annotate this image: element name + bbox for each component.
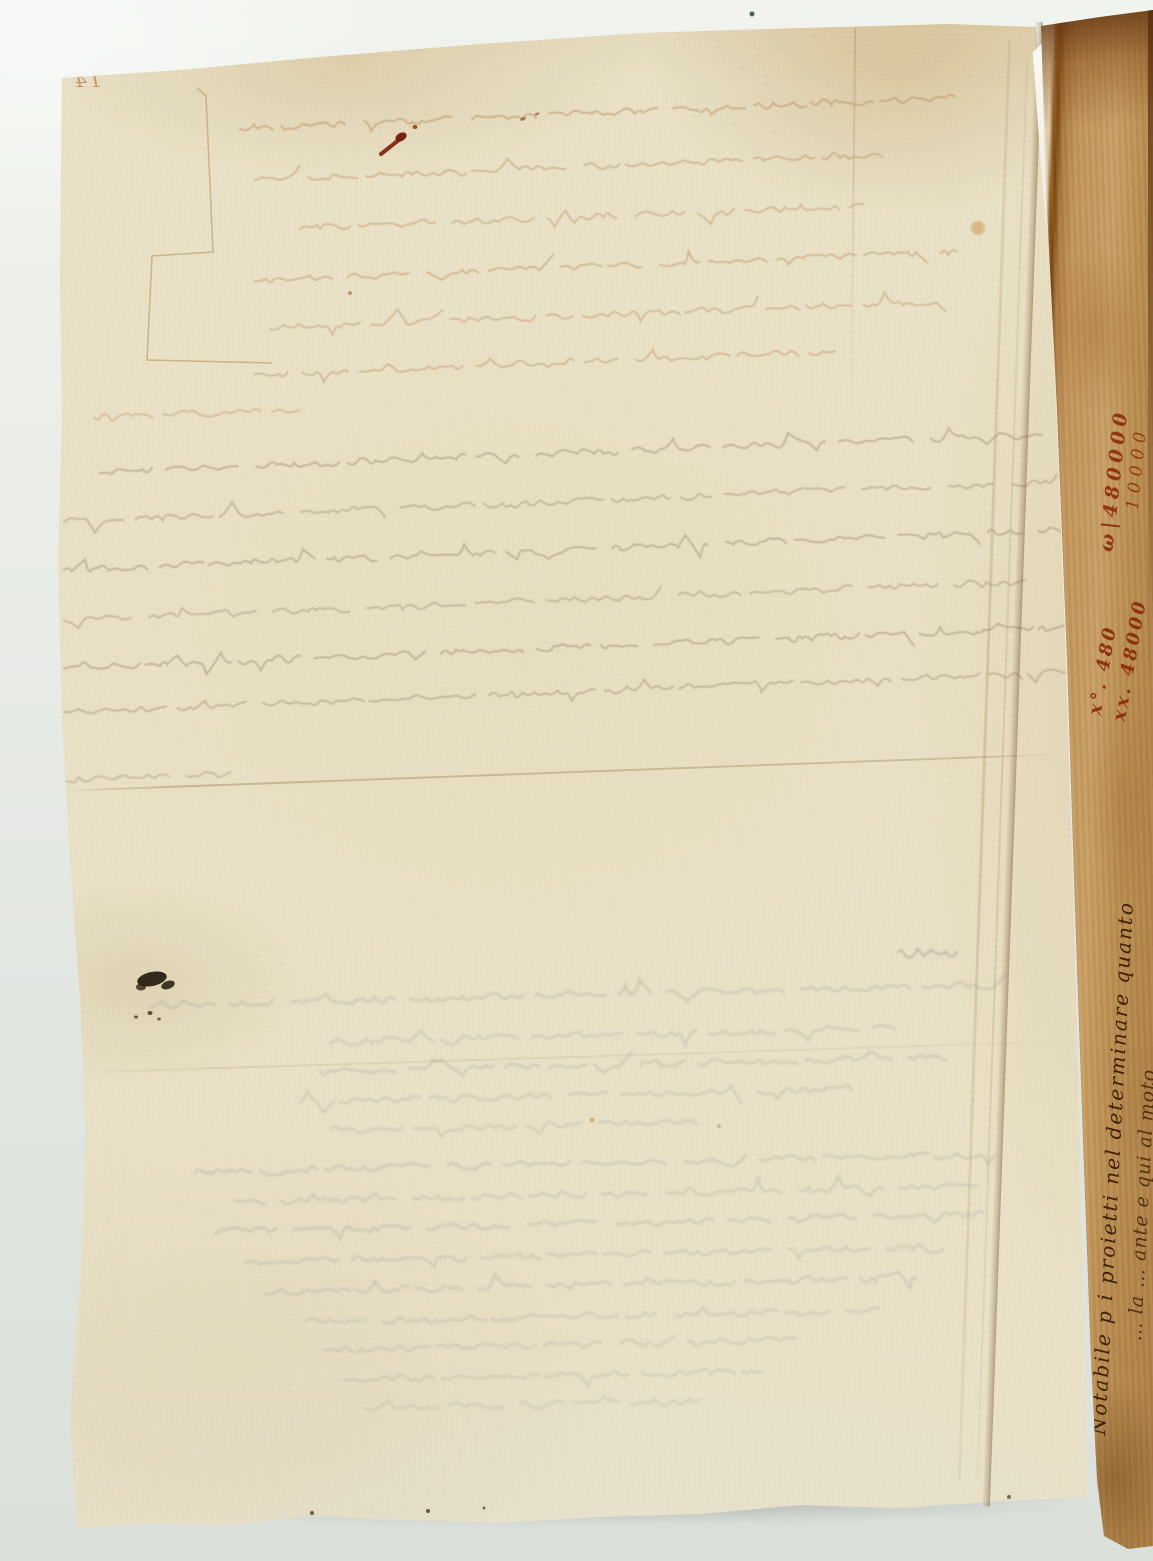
manuscript-photo: 14 ω|480000 10000 x°. 480 xx. 48000 Nota… <box>0 0 1153 1561</box>
marginal-note-line-2: … la … ante e qui al moto <box>1124 1068 1153 1342</box>
marginal-note-line-1: Notabile p i proietti nel determinare qu… <box>1086 900 1138 1435</box>
strip-edge-line <box>1148 6 1153 686</box>
manuscript-page: 14 <box>0 0 1153 1561</box>
strip-top-shade <box>1040 8 1153 143</box>
right-edge-striation-2 <box>976 60 1028 1479</box>
horizontal-crease <box>58 753 1067 792</box>
horizontal-crease-faint <box>62 1040 1074 1074</box>
right-edge-striation <box>958 40 1011 1479</box>
vertical-crease <box>850 28 856 448</box>
